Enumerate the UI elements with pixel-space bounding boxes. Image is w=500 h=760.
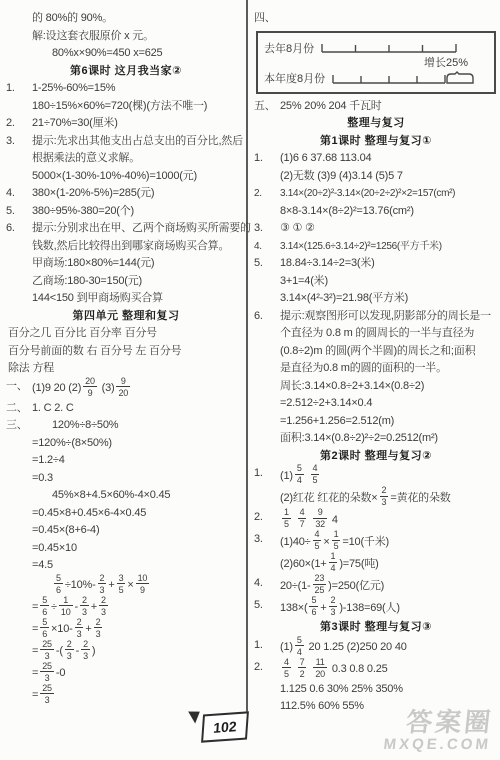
item-number: 1. xyxy=(6,80,32,98)
line-content: =0.3 xyxy=(32,472,53,484)
section-heading: 第2课时 整理与复习② xyxy=(254,448,498,466)
line-content: 周长:3.14×0.8÷2+3.14×(0.8÷2) xyxy=(280,380,424,392)
answer-line: 钱数,然后比较得出到哪家商场购买合算。 xyxy=(6,238,246,256)
answer-line: 根据乘法的意义求解。 xyxy=(6,150,246,168)
line-content: 提示:分别求出在甲、乙两个商场购买所需要的 xyxy=(32,222,251,234)
answer-line: =253-(23-23) xyxy=(6,641,246,663)
answer-line: =120%÷(8×50%) xyxy=(6,435,246,453)
item-number: 2. xyxy=(6,115,32,133)
line-content: 56÷10%-23+35×109 xyxy=(52,579,151,591)
section-heading: 第6课时 这月我当家② xyxy=(6,63,246,81)
answer-line: =56÷110-23+23 xyxy=(6,597,246,619)
line-content: 180÷15%×60%=720(棵)(方法不唯一) xyxy=(32,100,207,112)
line-content: (2)60×(1+14)=75(吨) xyxy=(280,558,379,570)
answer-line: 5.138×(56+23)-138=69(人) xyxy=(254,597,498,619)
line-content: ③ ① ② xyxy=(280,222,315,234)
fraction: 23 xyxy=(99,595,108,617)
fraction: 2325 xyxy=(313,573,327,595)
item-number: 6. xyxy=(6,220,32,238)
growth-brace-shape xyxy=(447,72,473,83)
answer-line: 三、120%÷8÷50% xyxy=(6,417,246,435)
line-content: (1)9 20 (2)209 (3)920 xyxy=(32,382,132,394)
fraction: 932 xyxy=(313,507,327,529)
fraction: 15 xyxy=(332,529,341,551)
line-content: (2)无数 (3)9 (4)3.14 (5)5 7 xyxy=(280,170,403,182)
fraction: 23 xyxy=(94,617,103,639)
line-content: 380÷95%-380=20(个) xyxy=(32,205,134,217)
answer-line: 5000×(1-30%-10%-40%)=1000(元) xyxy=(6,168,246,186)
item-number: 4. xyxy=(254,575,280,593)
line-content: 面积:3.14×(0.8÷2)²÷2=0.2512(m²) xyxy=(280,432,438,444)
line-content: 380×(1-20%-5%)=285(元) xyxy=(32,187,154,199)
fraction: 920 xyxy=(116,376,130,398)
line-content: 解:设这套衣服原价 x 元。 xyxy=(32,30,154,42)
item-number: 1. xyxy=(254,465,280,483)
line-content: 25% 20% 204 千瓦时 xyxy=(280,100,382,112)
answer-line: (2)红花 红花的朵数×23=黄花的朵数 xyxy=(254,487,498,509)
fraction: 47 xyxy=(298,507,307,529)
line-content: (1)54 20 1.25 (2)250 20 40 xyxy=(280,641,407,653)
item-number: 四、 xyxy=(254,10,280,28)
line-content: 18.84÷3.14÷2=3(米) xyxy=(280,257,375,269)
item-number: 1. xyxy=(254,637,280,655)
fraction: 54 xyxy=(295,463,304,485)
answer-line: (2)60×(1+14)=75(吨) xyxy=(254,553,498,575)
answer-line: =4.5 xyxy=(6,557,246,575)
line-content: =1.2÷4 xyxy=(32,454,65,466)
right-column-answers: 五、25% 20% 204 千瓦时整理与复习第1课时 整理与复习①1.(1)6 … xyxy=(254,98,498,716)
answer-line: 3+1=4(米) xyxy=(254,273,498,291)
line-content: =253-0 xyxy=(32,667,65,679)
last-year-segment-bar xyxy=(320,41,460,55)
answer-line: 2.15 47 932 4 xyxy=(254,509,498,531)
line-content: 提示:先求出其他支出占总支出的百分比,然后 xyxy=(32,135,243,147)
line-content: 的 80%的 90%。 xyxy=(32,12,113,24)
line-content: 1. C 2. C xyxy=(32,402,74,414)
fraction: 23 xyxy=(81,639,90,661)
fraction: 35 xyxy=(117,573,126,595)
item-number: 4. xyxy=(6,185,32,203)
answer-line: =0.45×8+0.45×6-4×0.45 xyxy=(6,505,246,523)
line-content: 3.14×(20÷2)²-3.14×(20÷2÷2)²×2=157(cm²) xyxy=(280,188,455,199)
line-content: =0.45×8+0.45×6-4×0.45 xyxy=(32,507,146,519)
answer-line: 2.45 72 1120 0.3 0.8 0.25 xyxy=(254,659,498,681)
item-number: 5. xyxy=(254,597,280,615)
fraction: 45 xyxy=(311,463,320,485)
item-number: 三、 xyxy=(6,417,32,435)
bar-diagram: 去年8月份 增长25% 本年度8月份 xyxy=(256,31,496,94)
answer-line: 56÷10%-23+35×109 xyxy=(6,575,246,597)
answer-line: 二、1. C 2. C xyxy=(6,400,246,418)
answer-line: 五、25% 20% 204 千瓦时 xyxy=(254,98,498,116)
line-content: =0.45×10 xyxy=(32,542,77,554)
answer-line: =1.2÷4 xyxy=(6,452,246,470)
growth-label: 增长25% xyxy=(264,56,490,70)
line-content: 甲商场:180×80%=144(元) xyxy=(32,257,154,269)
page-number-badge: 102 xyxy=(201,711,249,742)
item-number: 2. xyxy=(254,185,280,203)
line-content: 120%÷8÷50% xyxy=(32,419,118,431)
answer-line: 2.21÷70%=30(厘米) xyxy=(6,115,246,133)
answer-line: 3.③ ① ② xyxy=(254,220,498,238)
line-content: (0.8÷2)m 的圆(两个半圆)的周长之和;面积 xyxy=(280,345,475,357)
answer-line: 112.5% 60% 55% xyxy=(254,698,498,716)
fraction: 253 xyxy=(40,661,54,683)
item-number: 3. xyxy=(254,220,280,238)
answer-line: 3.14×(4²-3²)=21.98(平方米) xyxy=(254,290,498,308)
fraction: 23 xyxy=(65,639,74,661)
line-content: (1)40÷45×15=10(千米) xyxy=(280,536,389,548)
line-content: =120%÷(8×50%) xyxy=(32,437,112,449)
line-content: 个直径为 0.8 m 的圆周长的一半与直径为 xyxy=(280,327,474,339)
answer-line: 3.(1)40÷45×15=10(千米) xyxy=(254,531,498,553)
right-column: 四、 去年8月份 增长25% 本年度8月份 xyxy=(254,10,498,716)
watermark-site-text: MXQE.COM xyxy=(382,736,491,754)
answer-line: 1.125 0.6 30% 25% 350% xyxy=(254,681,498,699)
line-content: 1.125 0.6 30% 25% 350% xyxy=(280,683,403,695)
line-content: =4.5 xyxy=(32,559,53,571)
line-content: =2.512÷2+3.14×0.4 xyxy=(280,397,372,409)
item-number: 5. xyxy=(6,203,32,221)
answer-line: =253-0 xyxy=(6,663,246,685)
column-divider xyxy=(246,0,248,712)
line-content: =0.45×(8+6-4) xyxy=(32,524,99,536)
fraction: 56 xyxy=(54,573,63,595)
fraction: 209 xyxy=(83,376,97,398)
line-content: =253 xyxy=(32,689,56,701)
answer-line: 3.提示:先求出其他支出占总支出的百分比,然后 xyxy=(6,133,246,151)
item-number: 2. xyxy=(254,659,280,677)
fraction: 54 xyxy=(295,635,304,657)
answer-line: 6.提示:观察图形可以发现,阴影部分的周长是一 xyxy=(254,308,498,326)
answer-line: 6.提示:分别求出在甲、乙两个商场购买所需要的 xyxy=(6,220,246,238)
diagram-row-this-year: 本年度8月份 xyxy=(264,70,490,86)
fraction: 23 xyxy=(80,595,89,617)
answer-line: 4.380×(1-20%-5%)=285(元) xyxy=(6,185,246,203)
fraction: 45 xyxy=(282,657,291,679)
answer-line: 144<150 到甲商场购买合算 xyxy=(6,290,246,308)
fraction: 45 xyxy=(313,529,322,551)
answer-line: =2.512÷2+3.14×0.4 xyxy=(254,395,498,413)
line-content: 45%×8+4.5×60%-4×0.45 xyxy=(52,489,170,501)
line-content: 3.14×(4²-3²)=21.98(平方米) xyxy=(280,292,408,304)
answer-line: 180÷15%×60%=720(棵)(方法不唯一) xyxy=(6,98,246,116)
fraction: 1120 xyxy=(313,657,327,679)
answer-line: 4.3.14×(125.6÷3.14÷2)²=1256(平方千米) xyxy=(254,238,498,256)
answer-line: =0.3 xyxy=(6,470,246,488)
line-content: 20÷(1-2325)=250(亿元) xyxy=(280,580,384,592)
line-content: 是直径为0.8 m的圆的面积的一半。 xyxy=(280,362,447,374)
line-content: (1)6 6 37.68 113.04 xyxy=(280,152,371,164)
line-content: 3.14×(125.6÷3.14÷2)²=1256(平方千米) xyxy=(280,241,442,252)
answer-line: 1.1-25%-60%=15% xyxy=(6,80,246,98)
answer-line: 5.18.84÷3.14÷2=3(米) xyxy=(254,255,498,273)
answer-line: 是直径为0.8 m的圆的面积的一半。 xyxy=(254,360,498,378)
answer-line: (0.8÷2)m 的圆(两个半圆)的周长之和;面积 xyxy=(254,343,498,361)
line-content: 138×(56+23)-138=69(人) xyxy=(280,602,400,614)
item-number: 二、 xyxy=(6,400,32,418)
fraction: 14 xyxy=(329,551,338,573)
line-content: (2)红花 红花的朵数×23=黄花的朵数 xyxy=(280,492,451,504)
line-content: =1.256+1.256=2.512(m) xyxy=(280,415,394,427)
fraction: 23 xyxy=(329,595,338,617)
answer-line: 4.20÷(1-2325)=250(亿元) xyxy=(254,575,498,597)
answer-line: 80%x×90%=450 x=625 xyxy=(6,45,246,63)
line-content: 百分之几 百分比 百分率 百分号 xyxy=(8,327,157,339)
line-content: 3+1=4(米) xyxy=(280,275,328,287)
item-number: 3. xyxy=(254,531,280,549)
page-number: 102 xyxy=(213,718,237,736)
section-heading: 第3课时 整理与复习③ xyxy=(254,619,498,637)
line-content: 百分号前面的数 右 百分号 左 百分号 xyxy=(8,345,181,357)
answer-line: =1.256+1.256=2.512(m) xyxy=(254,413,498,431)
answer-line: 1.(1)54 45 xyxy=(254,465,498,487)
fraction: 56 xyxy=(40,617,49,639)
answer-line: 5.380÷95%-380=20(个) xyxy=(6,203,246,221)
answer-line: 甲商场:180×80%=144(元) xyxy=(6,255,246,273)
line-content: 1-25%-60%=15% xyxy=(32,82,115,94)
diagram-label-this-year: 本年度8月份 xyxy=(264,70,325,86)
line-content: 乙商场:180-30=150(元) xyxy=(32,275,142,287)
diagram-label-last-year: 去年8月份 xyxy=(264,40,314,56)
this-year-segment-bar xyxy=(331,70,479,86)
fraction: 253 xyxy=(40,683,54,705)
answer-line: 乙商场:180-30=150(元) xyxy=(6,273,246,291)
line-content: 钱数,然后比较得出到哪家商场购买合算。 xyxy=(32,240,229,252)
answer-line: 8×8-3.14×(8÷2)²=13.76(cm²) xyxy=(254,203,498,221)
fraction: 23 xyxy=(380,485,389,507)
section-heading: 整理与复习 xyxy=(254,115,498,133)
line-content: 5000×(1-30%-10%-40%)=1000(元) xyxy=(32,170,197,182)
answer-line: 一、(1)9 20 (2)209 (3)920 xyxy=(6,378,246,400)
item-number: 5. xyxy=(254,255,280,273)
answer-line: 45%×8+4.5×60%-4×0.45 xyxy=(6,487,246,505)
fraction: 23 xyxy=(75,617,84,639)
answer-line: =0.45×10 xyxy=(6,540,246,558)
line-content: 提示:观察图形可以发现,阴影部分的周长是一 xyxy=(280,310,491,322)
line-content: 21÷70%=30(厘米) xyxy=(32,117,118,129)
answer-line: 百分之几 百分比 百分率 百分号 xyxy=(6,325,246,343)
answer-line: =253 xyxy=(6,685,246,707)
answer-line: 周长:3.14×0.8÷2+3.14×(0.8÷2) xyxy=(254,378,498,396)
fraction: 56 xyxy=(309,595,318,617)
answer-line: =0.45×(8+6-4) xyxy=(6,522,246,540)
answer-line: 1.(1)54 20 1.25 (2)250 20 40 xyxy=(254,637,498,659)
left-column: 的 80%的 90%。解:设这套衣服原价 x 元。80%x×90%=450 x=… xyxy=(6,10,246,707)
item-number: 3. xyxy=(6,133,32,151)
section-heading: 第四单元 整理和复习 xyxy=(6,308,246,326)
answer-line: 的 80%的 90%。 xyxy=(6,10,246,28)
line-content: (1)54 45 xyxy=(280,470,321,482)
line-content: 144<150 到甲商场购买合算 xyxy=(32,292,163,304)
item-number: 五、 xyxy=(254,98,280,116)
fraction: 253 xyxy=(40,639,54,661)
line-content: =56×10-23+23 xyxy=(32,623,104,635)
answer-line: =56×10-23+23 xyxy=(6,619,246,641)
item-number: 6. xyxy=(254,308,280,326)
answer-line: (2)无数 (3)9 (4)3.14 (5)5 7 xyxy=(254,168,498,186)
page-badge-flag-icon xyxy=(188,706,204,723)
fraction: 15 xyxy=(282,507,291,529)
line-content: 8×8-3.14×(8÷2)²=13.76(cm²) xyxy=(280,205,414,217)
fraction: 23 xyxy=(98,573,107,595)
fraction: 56 xyxy=(40,595,49,617)
section-heading: 第1课时 整理与复习① xyxy=(254,133,498,151)
answer-line: 百分号前面的数 右 百分号 左 百分号 xyxy=(6,343,246,361)
right-column-intro: 四、 xyxy=(254,10,498,28)
item-number: 2. xyxy=(254,509,280,527)
line-content: 15 47 932 4 xyxy=(280,514,338,526)
item-number: 4. xyxy=(254,238,280,256)
fraction: 109 xyxy=(136,573,150,595)
answer-line: 2.3.14×(20÷2)²-3.14×(20÷2÷2)²×2=157(cm²) xyxy=(254,185,498,203)
line-content: 根据乘法的意义求解。 xyxy=(32,152,140,164)
line-content: =56÷110-23+23 xyxy=(32,601,110,613)
item-number: 一、 xyxy=(6,378,32,396)
line-content: 112.5% 60% 55% xyxy=(280,700,364,712)
answer-line: 个直径为 0.8 m 的圆周长的一半与直径为 xyxy=(254,325,498,343)
answer-line: 1.(1)6 6 37.68 113.04 xyxy=(254,150,498,168)
diagram-row-last-year: 去年8月份 xyxy=(264,40,490,56)
line-content: 除法 方程 xyxy=(8,362,54,374)
fraction: 110 xyxy=(59,595,73,617)
answer-line: 面积:3.14×(0.8÷2)²÷2=0.2512(m²) xyxy=(254,430,498,448)
line-content: 45 72 1120 0.3 0.8 0.25 xyxy=(280,663,388,675)
fraction: 72 xyxy=(298,657,307,679)
answer-line: 四、 xyxy=(254,10,498,28)
line-content: 80%x×90%=450 x=625 xyxy=(52,47,162,59)
line-content: =253-(23-23) xyxy=(32,645,95,657)
answer-line: 解:设这套衣服原价 x 元。 xyxy=(6,28,246,46)
item-number: 1. xyxy=(254,150,280,168)
